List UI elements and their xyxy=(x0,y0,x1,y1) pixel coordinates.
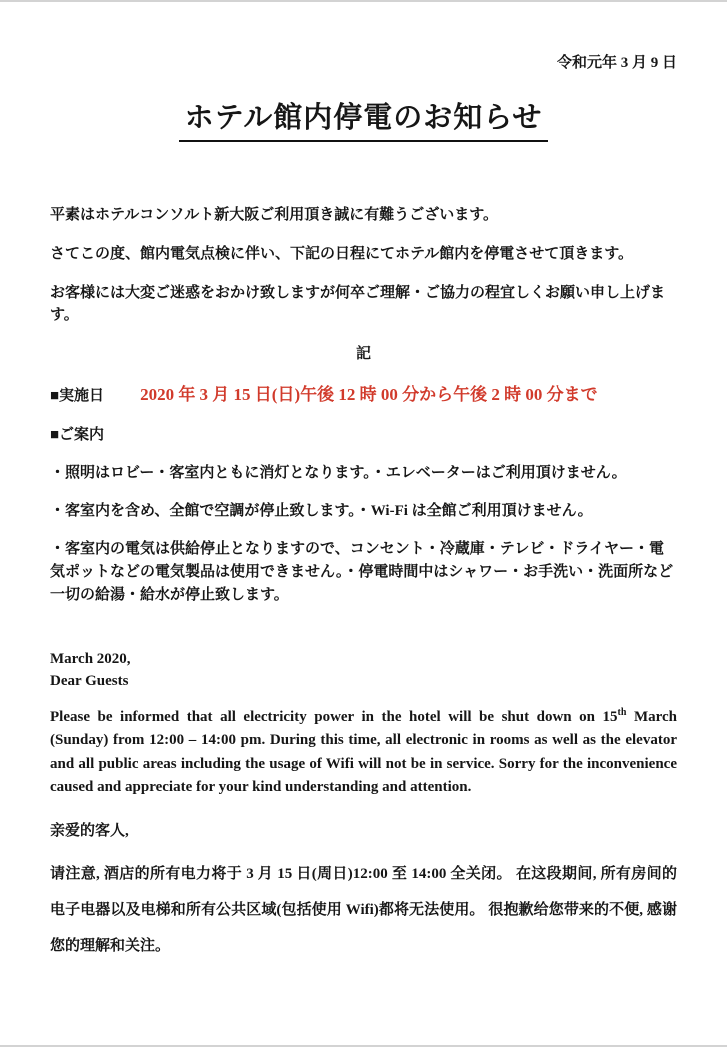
jp-paragraph-apology: お客様には大変ご迷惑をおかけ致しますが何卒ご理解・ご協力の程宜しくお願い申し上げ… xyxy=(50,282,677,326)
zh-salutation: 亲爱的客人, xyxy=(50,820,677,842)
schedule-line: ■実施日 2020 年 3 月 15 日(日)午後 12 時 00 分から午後 … xyxy=(50,383,677,408)
jp-bullet-aircon-wifi: ・客室内を含め、全館で空調が停止致します。・Wi-Fi は全館ご利用頂けません。 xyxy=(50,500,677,523)
notice-page: 令和元年 3 月 9 日 ホテル館内停電のお知らせ 平素はホテルコンソルト新大阪… xyxy=(0,0,727,1047)
schedule-date-value: 2020 年 3 月 15 日(日)午後 12 時 00 分から午後 2 時 0… xyxy=(140,383,598,407)
jp-paragraph-greeting: 平素はホテルコンソルト新大阪ご利用頂き誠に有難うございます。 xyxy=(50,204,677,226)
record-marker: 記 xyxy=(50,343,677,365)
en-date-line: March 2020, xyxy=(50,648,677,670)
en-body-part1: Please be informed that all electricity … xyxy=(50,709,618,725)
schedule-label: ■実施日 xyxy=(50,384,104,408)
page-title: ホテル館内停電のお知らせ xyxy=(179,100,549,142)
zh-body-paragraph: 请注意, 酒店的所有电力将于 3 月 15 日(周日)12:00 至 14:00… xyxy=(50,856,677,964)
issue-date: 令和元年 3 月 9 日 xyxy=(50,2,677,74)
jp-paragraph-announcement: さてこの度、館内電気点検に伴い、下記の日程にてホテル館内を停電させて頂きます。 xyxy=(50,243,677,265)
title-wrap: ホテル館内停電のお知らせ xyxy=(50,100,677,142)
en-body-paragraph: Please be informed that all electricity … xyxy=(50,706,677,800)
guide-section-label: ■ご案内 xyxy=(50,424,677,446)
jp-bullet-lighting: ・照明はロビー・客室内ともに消灯となります。・エレベーターはご利用頂けません。 xyxy=(50,462,677,485)
en-salutation: Dear Guests xyxy=(50,670,677,692)
english-section: March 2020, Dear Guests Please be inform… xyxy=(50,648,677,800)
jp-bullet-electricity-water: ・客室内の電気は供給停止となりますので、コンセント・冷蔵庫・テレビ・ドライヤー・… xyxy=(50,538,677,607)
chinese-section: 亲爱的客人, 请注意, 酒店的所有电力将于 3 月 15 日(周日)12:00 … xyxy=(50,820,677,964)
